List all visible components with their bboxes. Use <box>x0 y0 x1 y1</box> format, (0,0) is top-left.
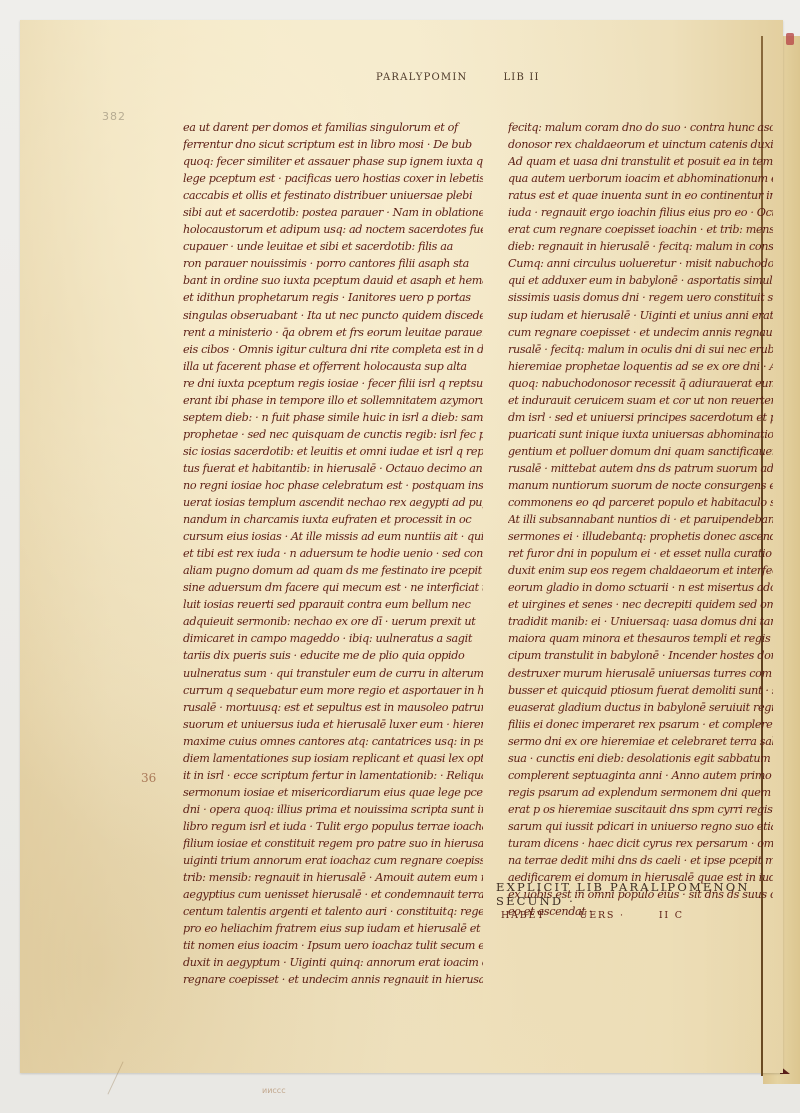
text-line: sissimis uasis domus dni · regem uero co… <box>508 289 773 306</box>
text-line: luit iosias reuerti sed pparauit contra … <box>183 596 483 613</box>
text-line: uerat iosias templum ascendit nechao rex… <box>183 494 483 511</box>
text-line: rusalē · mittebat autem dns ds patrum su… <box>508 460 773 477</box>
bookmark-tab <box>786 33 794 45</box>
marginal-chapter-number: 36 <box>141 771 156 785</box>
text-line: it in isrl · ecce scriptum fertur in lam… <box>183 767 483 784</box>
text-line: bant in ordine suo iuxta pceptum dauid e… <box>183 272 483 289</box>
text-line: na terrae dedit mihi dns ds caeli · et i… <box>508 852 773 869</box>
text-line: manum nuntiorum suorum de nocte consurge… <box>508 477 773 494</box>
scan-background: 382 PARALYPOMIN LIB II ea ut darent per … <box>0 0 800 1113</box>
text-line: filium iosiae et constituit regem pro pa… <box>183 835 483 852</box>
colophon-count: II C <box>659 910 684 921</box>
text-line: At illi subsannabant nuntios di · et par… <box>508 511 773 528</box>
text-line: septem dieb: · n fuit phase simile huic … <box>183 409 483 426</box>
text-line: suorum et uniuersus iuda et hierusalē lu… <box>183 716 483 733</box>
text-line: fecitq: malum coram dno do suo · contra … <box>508 119 773 136</box>
text-line: trib: mensib: regnauit in hierusalē · Am… <box>183 869 483 886</box>
text-line: Ad quam et uasa dni transtulit et posuit… <box>508 153 773 170</box>
text-line: donosor rex chaldaeorum et uinctum caten… <box>508 136 773 153</box>
text-line: hieremiae prophetae loquentis ad se ex o… <box>508 358 773 375</box>
text-line: qui et adduxer eum in babylonē · asporta… <box>508 272 773 289</box>
text-line: Cumq: anni circulus uolueretur · misit n… <box>508 255 773 272</box>
text-line: ron parauer nouissimis · porro cantores … <box>183 255 483 272</box>
text-line: quoq: nabuchodonosor recessit q̄ adiurau… <box>508 375 773 392</box>
text-line: erat cum regnare coepisset ioachin · et … <box>508 221 773 238</box>
text-column-left: ea ut darent per domos et familias singu… <box>183 119 483 988</box>
text-line: filiis ei donec imperaret rex psarum · e… <box>508 716 773 733</box>
text-line: commonens eo qd parceret populo et habit… <box>508 494 773 511</box>
text-line: tit nomen eius ioacim · Ipsum uero ioach… <box>183 937 483 954</box>
text-line: busser et quicquid ptiosum fuerat demoli… <box>508 682 773 699</box>
text-line: gentium et polluer domum dni quam sancti… <box>508 443 773 460</box>
parchment-crease <box>107 1061 123 1094</box>
text-line: eis cibos · Omnis igitur cultura dni rit… <box>183 341 483 358</box>
text-line: cipum transtulit in babylonē · Incender … <box>508 647 773 664</box>
text-line: illa ut facerent phase et offerrent holo… <box>183 358 483 375</box>
text-line: re dni iuxta pceptum regis iosiae · fece… <box>183 375 483 392</box>
text-line: uiginti trium annorum erat ioachaz cum r… <box>183 852 483 869</box>
text-line: duxit in aegyptum · Uiginti quinq: annor… <box>183 954 483 971</box>
colophon-habet: HABET <box>501 910 545 921</box>
pencil-shelfmark: 382 <box>102 110 126 123</box>
text-line: et tibi est rex iuda · n aduersum te hod… <box>183 545 483 562</box>
verse-count-colophon: HABET UERS · II C <box>501 910 684 921</box>
text-line: dni · opera quoq: illius prima et nouiss… <box>183 801 483 818</box>
text-line: maxime cuius omnes cantores atq: cantatr… <box>183 733 483 750</box>
text-line: qua autem uerborum ioacim et abhominatio… <box>508 170 773 187</box>
running-head-title: PARALYPOMIN <box>376 72 467 83</box>
text-line: puaricati sunt inique iuxta uniuersas ab… <box>508 426 773 443</box>
text-line: libro regum isrl et iuda · Tulit ergo po… <box>183 818 483 835</box>
text-line: lege pceptum est · pacificas uero hostia… <box>183 170 483 187</box>
text-line: dm isrl · sed et uniuersi principes sace… <box>508 409 773 426</box>
text-line: et uirgines et senes · nec decrepiti qui… <box>508 596 773 613</box>
text-line: et idithun prophetarum regis · Ianitores… <box>183 289 483 306</box>
text-line: no regni iosiae hoc phase celebratum est… <box>183 477 483 494</box>
text-column-right: fecitq: malum coram dno do suo · contra … <box>508 119 773 920</box>
text-line: tradidit manib: ei · Uniuersaq: uasa dom… <box>508 613 773 630</box>
text-line: sine aduersum dm facere qui mecum est · … <box>183 579 483 596</box>
text-line: tariis dix pueris suis · educite me de p… <box>183 647 483 664</box>
text-line: dimicaret in campo mageddo · ibiq: uulne… <box>183 630 483 647</box>
text-line: caccabis et ollis et festinato distribue… <box>183 187 483 204</box>
text-line: sermo dni ex ore hieremiae et celebraret… <box>508 733 773 750</box>
text-line: destruxer murum hierusalē uniuersas turr… <box>508 665 773 682</box>
text-line: aegyptius cum uenisset hierusalē · et co… <box>183 886 483 903</box>
text-line: et indurauit ceruicem suam et cor ut non… <box>508 392 773 409</box>
text-line: diem lamentationes sup iosiam replicant … <box>183 750 483 767</box>
text-line: cursum eius iosias · At ille missis ad e… <box>183 528 483 545</box>
text-line: tus fuerat et habitantib: in hierusalē ·… <box>183 460 483 477</box>
text-line: centum talentis argenti et talento auri … <box>183 903 483 920</box>
text-line: cupauer · unde leuitae et sibi et sacerd… <box>183 238 483 255</box>
text-line: currum q sequebatur eum more regio et as… <box>183 682 483 699</box>
text-line: prophetae · sed nec quisquam de cunctis … <box>183 426 483 443</box>
explicit-rubric: EXPLICIT LIB PARALIPOMENON SECUND · <box>496 880 800 908</box>
text-line: rent a ministerio · q̄a obrem et frs eor… <box>183 324 483 341</box>
colophon-uers: UERS · <box>579 910 624 921</box>
text-line: sua · cunctis eni dieb: desolationis egi… <box>508 750 773 767</box>
text-line: regis psarum ad explendum sermonem dni q… <box>508 784 773 801</box>
text-line: euaserat gladium ductus in babylonē seru… <box>508 699 773 716</box>
text-line: ret furor dni in populum ei · et esset n… <box>508 545 773 562</box>
text-line: sibi aut et sacerdotib: postea parauer ·… <box>183 204 483 221</box>
text-line: duxit enim sup eos regem chaldaeorum et … <box>508 562 773 579</box>
text-line: quoq: fecer similiter et assauer phase s… <box>183 153 483 170</box>
text-line: sarum qui iussit pdicari in uniuerso reg… <box>508 818 773 835</box>
text-line: cum regnare coepisset · et undecim annis… <box>508 324 773 341</box>
text-line: ferrentur dno sicut scriptum est in libr… <box>183 136 483 153</box>
text-line: complerent septuaginta anni · Anno autem… <box>508 767 773 784</box>
text-line: ea ut darent per domos et familias singu… <box>183 119 483 136</box>
text-line: sup iudam et hierusalē · Uiginti et uniu… <box>508 307 773 324</box>
text-line: sic iosias sacerdotib: et leuitis et omn… <box>183 443 483 460</box>
text-line: pro eo heliachim fratrem eius sup iudam … <box>183 920 483 937</box>
text-line: rusalē · mortuusq: est et sepultus est i… <box>183 699 483 716</box>
text-line: iuda · regnauit ergo ioachin filius eius… <box>508 204 773 221</box>
text-line: erat p os hieremiae suscitauit dns spm c… <box>508 801 773 818</box>
foot-pencil-note: ᴎᴎᴄᴄᴄ <box>262 1086 286 1095</box>
text-line: sermones ei · illudebantq: prophetis don… <box>508 528 773 545</box>
text-line: nandum in charcamis iuxta eufraten et pr… <box>183 511 483 528</box>
text-line: aliam pugno domum ad quam ds me festinat… <box>183 562 483 579</box>
text-line: eorum gladio in domo sctuarii · n est mi… <box>508 579 773 596</box>
text-line: ratus est et quae inuenta sunt in eo con… <box>508 187 773 204</box>
text-line: regnare coepisset · et undecim annis reg… <box>183 971 483 988</box>
running-head: PARALYPOMIN LIB II <box>376 72 540 83</box>
text-line: sermonum iosiae et misericordiarum eius … <box>183 784 483 801</box>
text-line: turam dicens · haec dicit cyrus rex pers… <box>508 835 773 852</box>
text-line: uulneratus sum · qui transtuler eum de c… <box>183 665 483 682</box>
text-line: maiora quam minora et thesauros templi e… <box>508 630 773 647</box>
running-head-book: LIB II <box>503 72 539 83</box>
text-line: singulas obseruabant · Ita ut nec puncto… <box>183 307 483 324</box>
text-line: dieb: regnauit in hierusalē · fecitq: ma… <box>508 238 773 255</box>
text-line: erant ibi phase in tempore illo et solle… <box>183 392 483 409</box>
text-line: adquieuit sermonib: nechao ex ore dī · u… <box>183 613 483 630</box>
text-line: holocaustorum et adipum usq: ad noctem s… <box>183 221 483 238</box>
text-line: rusalē · fecitq: malum in oculis dni di … <box>508 341 773 358</box>
